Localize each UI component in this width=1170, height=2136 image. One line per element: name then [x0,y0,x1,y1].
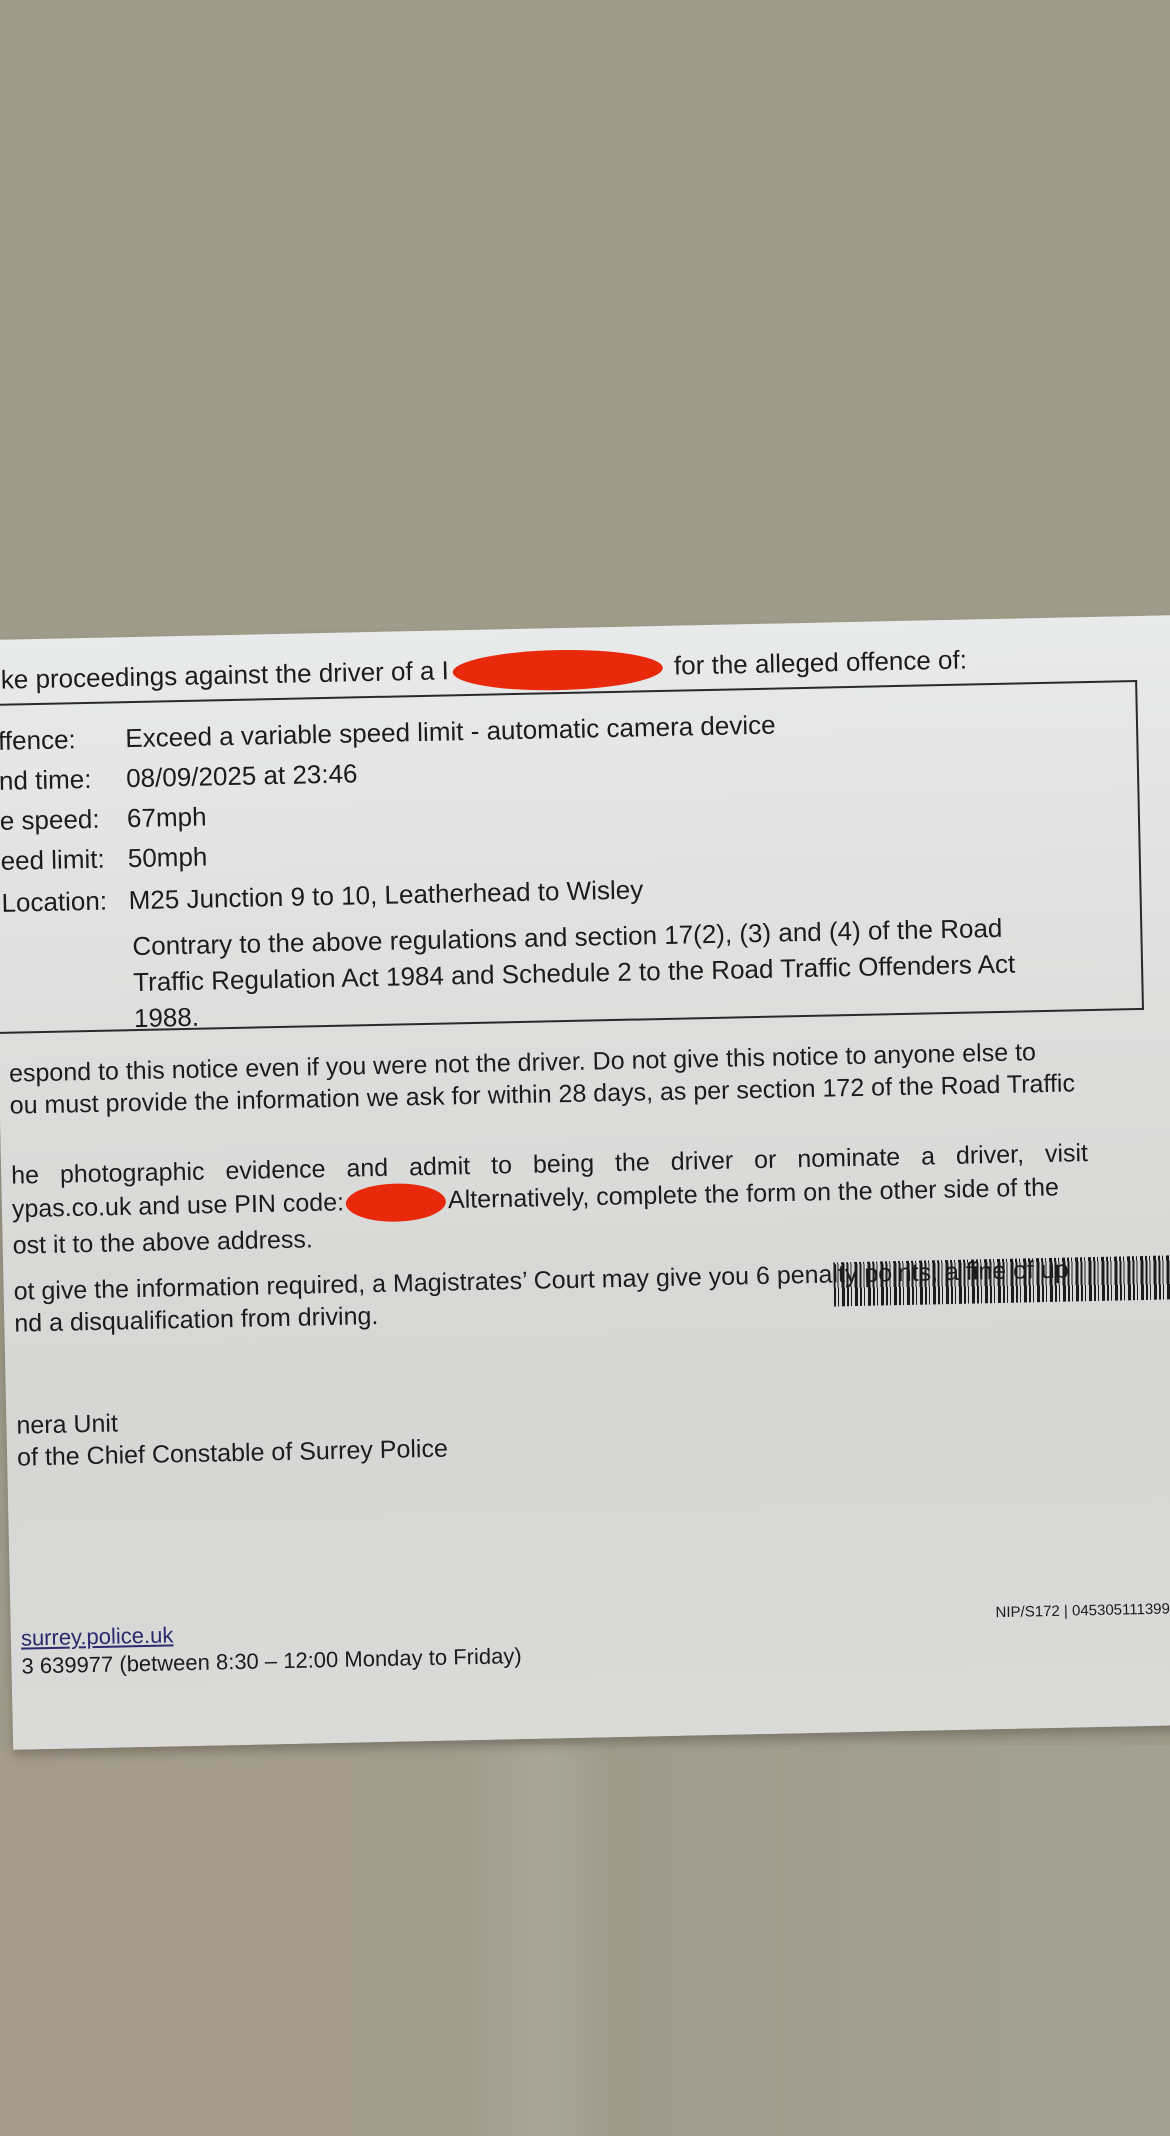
barcode [833,1255,1170,1307]
location-label: Location: [1,883,122,920]
signoff-block: nera Unit of the Chief Constable of Surr… [16,1401,448,1474]
pin-code-label: ypas.co.uk and use PIN code: [12,1188,345,1223]
pin-code-redaction [346,1183,447,1223]
location-row: Location: M25 Junction 9 to 10, Leatherh… [1,872,643,919]
speed-limit-label: eed limit: [0,841,121,878]
speed-limit-row: eed limit: 50mph [0,840,207,878]
intro-before: ke proceedings against the driver of a [1,656,435,695]
photo-scene: ke proceedings against the driver of a I… [0,0,1170,2136]
respond-paragraph: espond to this notice even if you were n… [9,1033,1170,1121]
speed-label: e speed: [0,801,120,838]
legal-basis-text: Contrary to the above regulations and se… [132,909,1054,1036]
contact-footer: surrey.police.uk 3 639977 (between 8:30 … [21,1614,522,1680]
location-value: M25 Junction 9 to 10, Leatherhead to Wis… [128,872,643,917]
speed-value: 67mph [127,800,207,836]
offence-label: ffence: [0,721,118,758]
intro-after: for the alleged offence of: [674,644,968,680]
date-time-value: 08/09/2025 at 23:46 [126,756,358,795]
intro-partial: I [441,655,449,685]
speed-limit-value: 50mph [127,840,207,876]
background-surface [0,1745,1170,2136]
speed-row: e speed: 67mph [0,800,207,838]
notice-document: ke proceedings against the driver of a I… [0,615,1170,1750]
date-time-label: nd time: [0,761,119,798]
offence-details-box: ffence: Exceed a variable speed limit - … [0,680,1144,1034]
offence-row: ffence: Exceed a variable speed limit - … [0,708,776,758]
online-response-paragraph: he photographic evidence and admit to be… [11,1135,1170,1261]
notice-reference: NIP/S172 | 045305111399( [995,1600,1170,1621]
offence-value: Exceed a variable speed limit - automati… [125,708,776,756]
date-time-row: nd time: 08/09/2025 at 23:46 [0,756,358,798]
registration-redaction [452,648,663,692]
